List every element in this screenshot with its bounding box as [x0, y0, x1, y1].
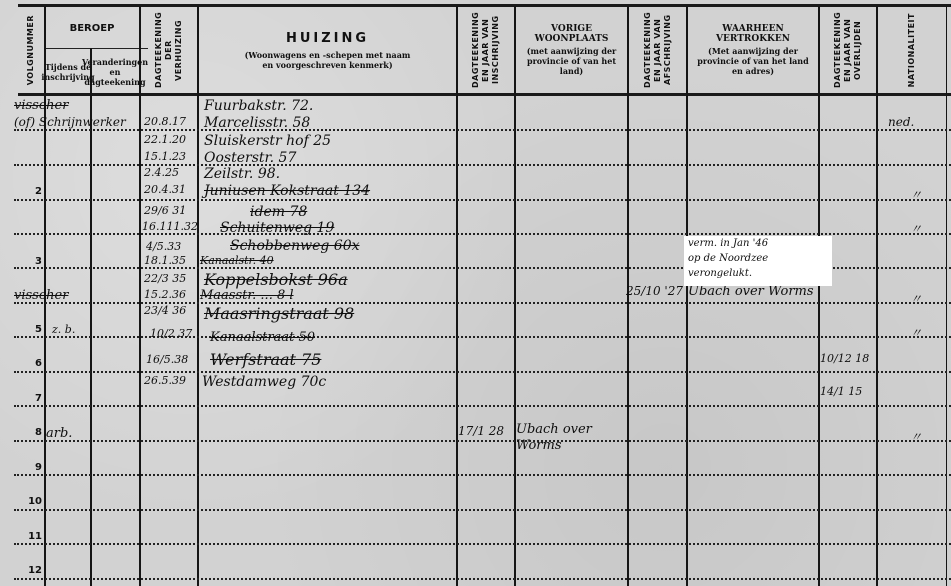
ditto-mark: 〃 [910, 290, 922, 307]
address-entry: Westdamweg 70c [202, 374, 326, 390]
ditto-mark: 〃 [910, 186, 922, 203]
vorige-woonplaats: Ubach over Worms [516, 422, 626, 454]
address-entry: Koppelsbokst 96a [204, 270, 348, 289]
verhuizing-date: 16/5.38 [146, 353, 188, 366]
header-nationaliteit: NATIONALITEIT [878, 8, 946, 92]
row-line [14, 405, 951, 407]
address-entry: Fuurbakstr. 72. [204, 98, 313, 114]
address-entry: Juniusen Kokstraat 134 [204, 183, 370, 199]
header-dagteekening-verhuizing: DAGTEEKENING DER VERHUIZING [141, 8, 197, 92]
note-line: op de Noordzee [688, 253, 768, 264]
verhuizing-date: 26.5.39 [144, 374, 186, 387]
note-line: verongelukt. [688, 268, 752, 279]
verhuizing-date: 22.1.20 [144, 133, 186, 146]
header-dagteekening-afschrijving: DAGTEEKENING EN JAAR VAN AFSCHRIJVING [629, 8, 686, 92]
header-waarheen: WAARHEEN VERTROKKEN (Met aanwijzing der … [688, 8, 818, 92]
beroep-entry: visscher [14, 98, 68, 113]
beroep-entry: (of) Schrijnwerker [14, 115, 126, 129]
col-border [197, 6, 199, 586]
address-entry: Maasringstraat 98 [204, 304, 354, 323]
row-number: 11 [18, 531, 42, 542]
col-border [456, 6, 458, 586]
address-entry: Schobbenweg 60x [230, 238, 360, 254]
row-line [14, 371, 951, 373]
row-line [14, 129, 951, 131]
pasted-note: verm. in Jan '46 op de Noordzee verongel… [684, 236, 832, 286]
row-line [14, 233, 951, 235]
address-entry: Zeilstr. 98. [204, 166, 280, 182]
col-border [514, 6, 516, 586]
row-number: 3 [18, 256, 42, 267]
verhuizing-date: 2.4.25 [144, 166, 179, 179]
row-line [14, 543, 951, 545]
address-entry: idem 78 [250, 204, 307, 220]
nationaliteit-value: ned. [888, 115, 914, 129]
inschrijving-date: 17/1 28 [458, 424, 504, 438]
note-line: verm. in Jan '46 [688, 238, 768, 249]
header-beroep-veranderingen: Veranderingen en dagteekening [92, 52, 138, 92]
verhuizing-date: 29/6 31 [144, 204, 186, 217]
header-vorige-woonplaats: VORIGE WOONPLAATS (met aanwijzing der pr… [516, 8, 627, 92]
beroep-entry: arb. [46, 426, 72, 441]
row-line [14, 509, 951, 511]
row-number: 12 [18, 565, 42, 576]
top-rule [18, 4, 951, 7]
row-number: 8 [18, 427, 42, 438]
row-line [14, 440, 951, 442]
beroep-entry: visscher [14, 288, 68, 303]
header-dagteekening-inschrijving: DAGTEEKENING EN JAAR VAN INSCHRIJVING [458, 8, 514, 92]
afschrijving-date: 25/10 '27 [626, 284, 683, 298]
waarheen-place: Ubach over Worms [688, 284, 818, 300]
beroep-split-rule [44, 48, 148, 49]
row-number: 10 [18, 496, 42, 507]
row-line [14, 474, 951, 476]
row-number: 5 [18, 324, 42, 335]
address-entry: Kanaalstraat 50 [210, 330, 315, 345]
beroep-entry: z. b. [52, 323, 75, 336]
verhuizing-date: 22/3 35 [144, 272, 186, 285]
verhuizing-date: 23/4 36 [144, 304, 186, 317]
verhuizing-date: 20.4.31 [144, 183, 186, 196]
address-entry: Oosterstr. 57 [204, 150, 296, 166]
ditto-mark: 〃 [910, 324, 922, 341]
overlijden-date: 14/1 15 [820, 385, 862, 398]
row-number: 6 [18, 358, 42, 369]
header-dagteekening-overlijden: DAGTEEKENING EN JAAR VAN OVERLIJDEN [820, 8, 876, 92]
register-card: VOLGNUMMER BEROEP Tijdens de inschrijvin… [0, 0, 951, 586]
address-entry: Werfstraat 75 [210, 350, 321, 369]
ditto-mark: 〃 [910, 428, 922, 445]
overlijden-date: 10/12 18 [820, 352, 869, 365]
row-line [14, 199, 951, 201]
col-border [946, 6, 947, 586]
verhuizing-date: 20.8.17 [144, 115, 186, 128]
verhuizing-date: 15.1.23 [144, 150, 186, 163]
address-entry: Kanaalstr. 40 [200, 254, 274, 267]
verhuizing-date: 15.2.36 [144, 288, 186, 301]
row-line [14, 578, 951, 580]
verhuizing-date: 18.1.35 [144, 254, 186, 267]
ditto-mark: 〃 [910, 220, 922, 237]
address-entry: Marcelisstr. 58 [204, 115, 310, 131]
header-huizing: HUIZING (Woonwagens en -schepen met naam… [199, 8, 456, 92]
address-entry: Maasstr. ... 8 l [200, 288, 294, 303]
col-border [139, 6, 141, 586]
address-entry: Schuitenweg 19 [220, 220, 334, 236]
row-number: 7 [18, 393, 42, 404]
verhuizing-date: 4/5.33 [146, 240, 181, 253]
header-volgnummer: VOLGNUMMER [18, 8, 44, 92]
verhuizing-date: 10/2 37 [150, 327, 192, 340]
header-beroep: BEROEP [46, 8, 138, 48]
header-rule [18, 93, 951, 96]
col-border [876, 6, 878, 586]
row-number: 2 [18, 186, 42, 197]
address-entry: Sluiskerstr hof 25 [204, 133, 331, 149]
row-number: 9 [18, 462, 42, 473]
verhuizing-date: 16.111.32 [142, 220, 198, 233]
col-border [818, 6, 820, 586]
